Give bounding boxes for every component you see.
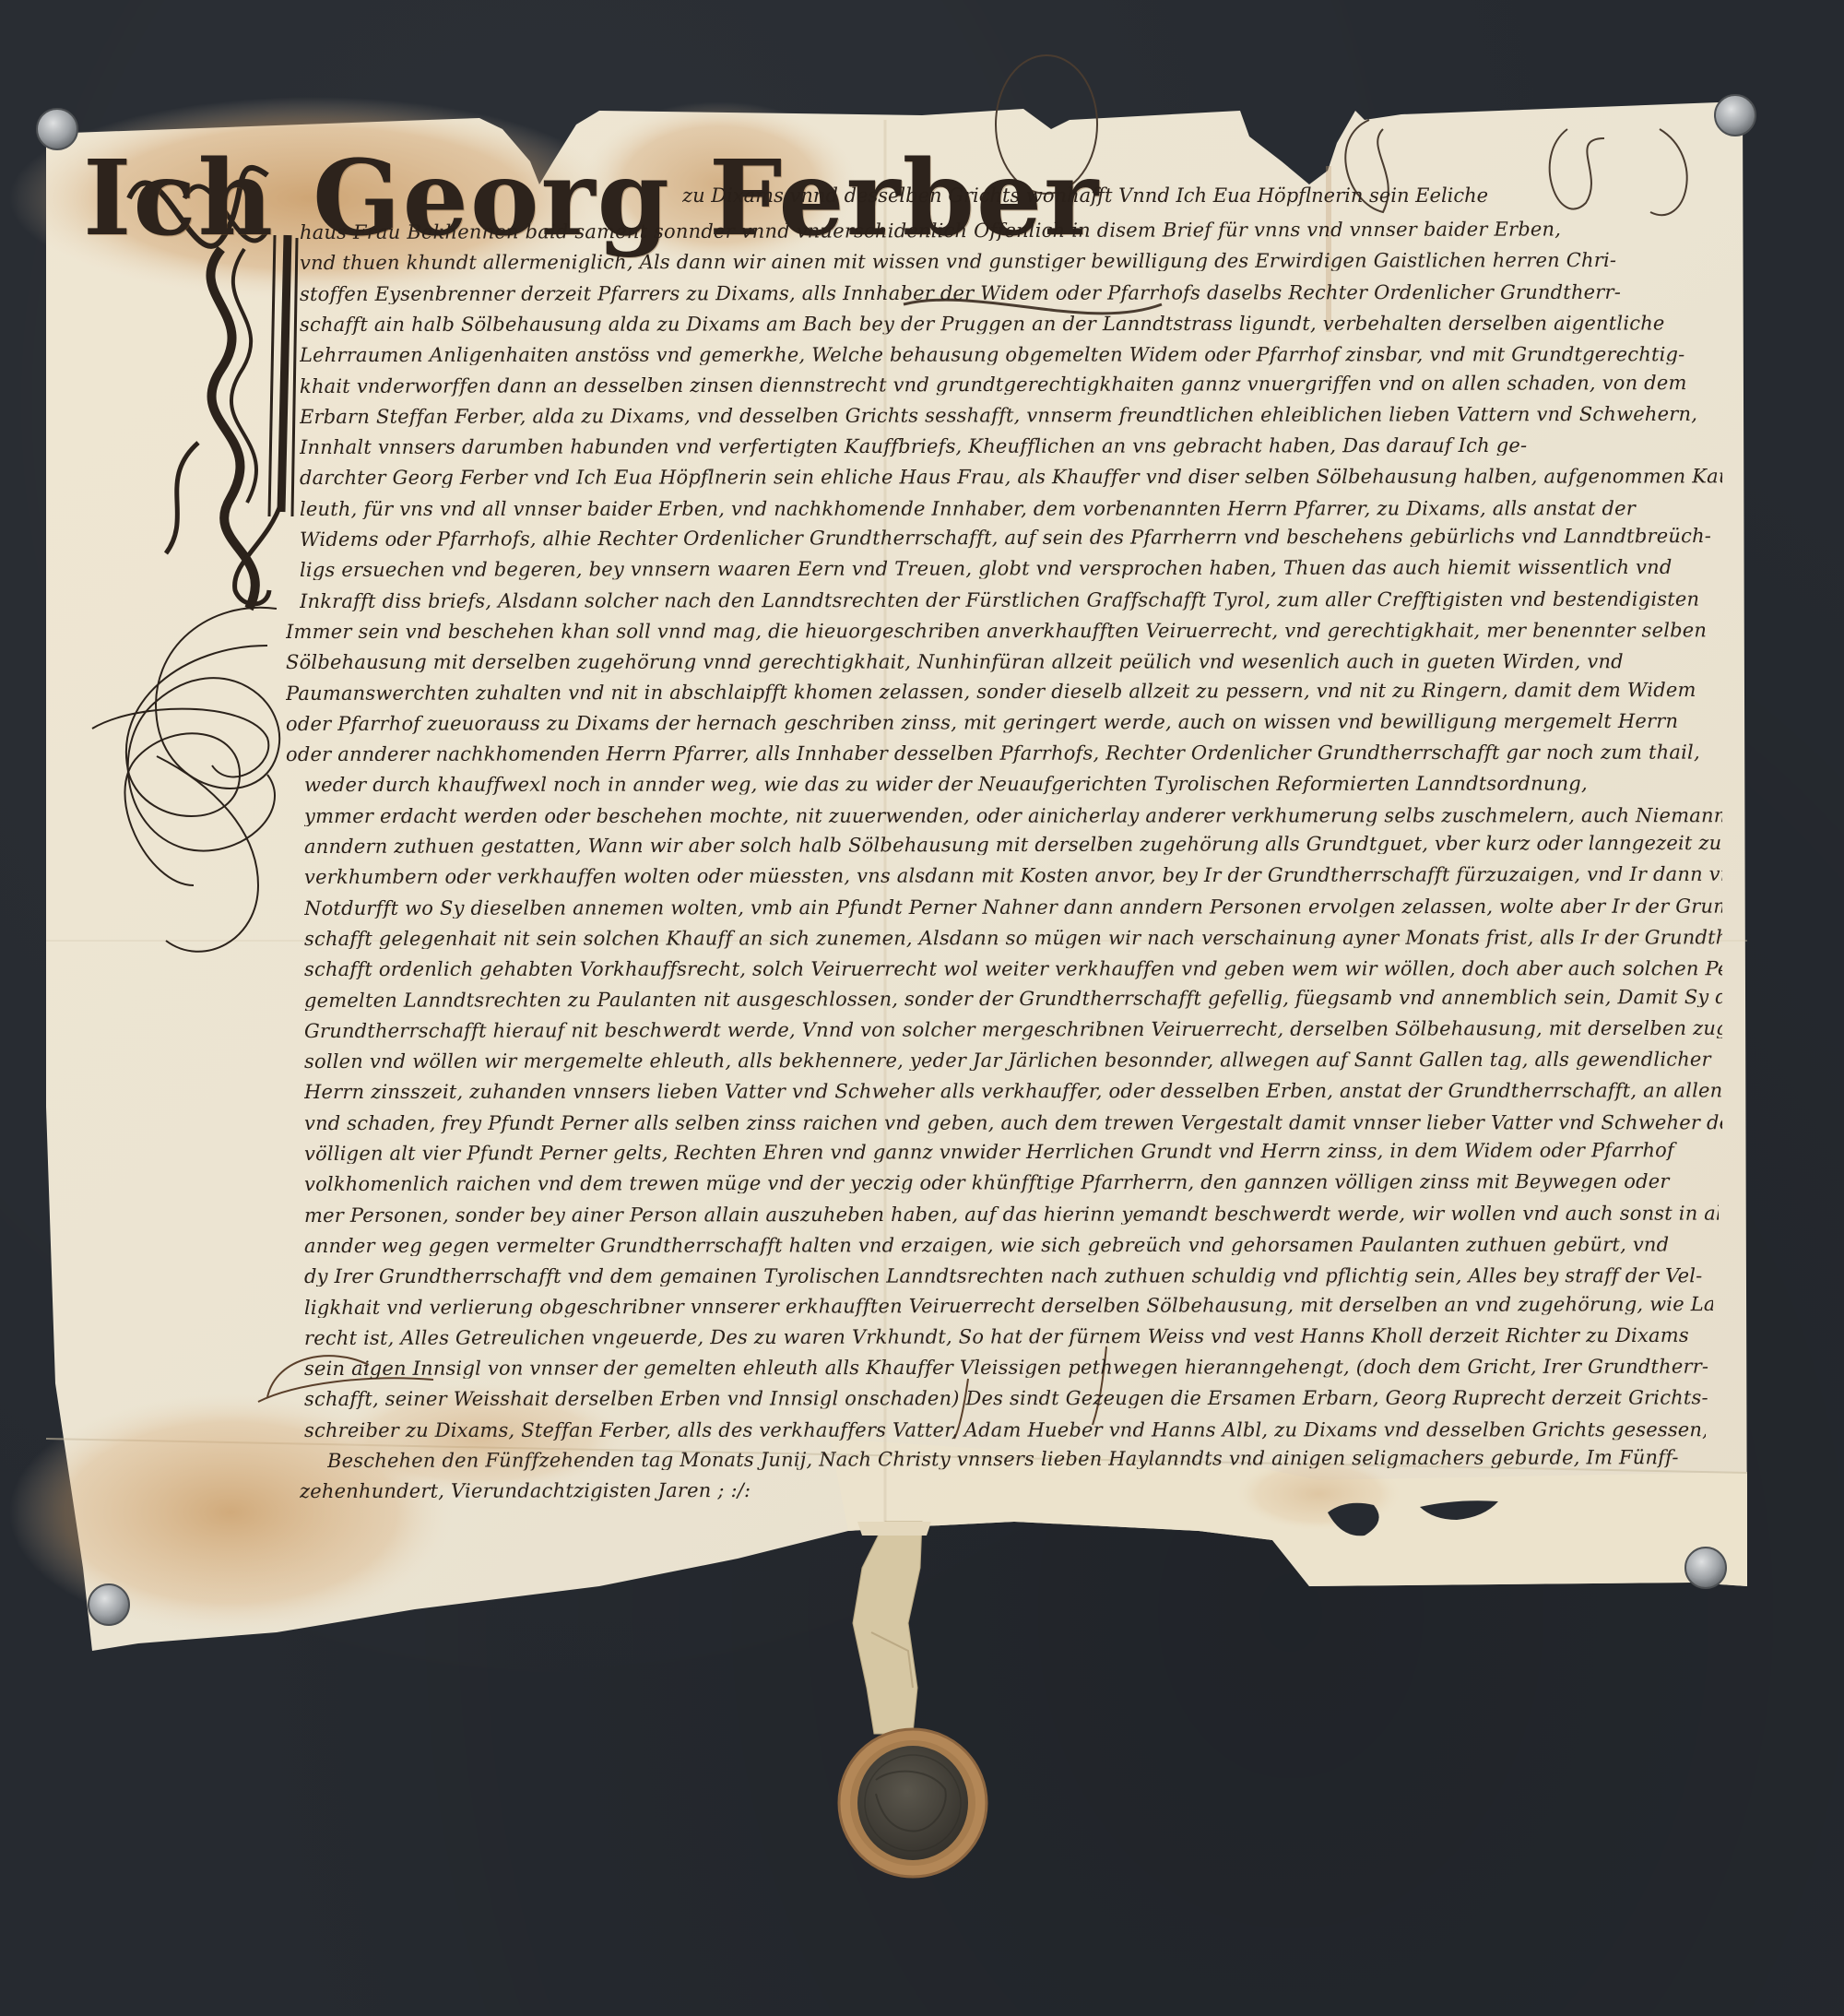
text-line: Innhalt vnnsers darumben habunden vnd ve…: [300, 436, 1722, 457]
text-line: Immer sein vnd beschehen khan soll vnnd …: [286, 621, 1722, 642]
text-line: schafft gelegenhait nit sein solchen Kha…: [304, 928, 1722, 949]
text-line: Lehrraumen Anligenhaiten anstöss vnd gem…: [300, 345, 1722, 365]
text-line: dy Irer Grundtherrschafft vnd dem gemain…: [304, 1266, 1715, 1287]
text-line: schafft ordenlich gehabten Vorkhauffsrec…: [304, 959, 1722, 979]
pin-top-left: [37, 109, 77, 149]
text-line: Grundtherrschafft hierauf nit beschwerdt…: [304, 1019, 1722, 1041]
text-line: schreiber zu Dixams, Steffan Ferber, all…: [304, 1420, 1706, 1441]
text-line: schafft ain halb Sölbehausung alda zu Di…: [300, 314, 1722, 335]
text-line: gemelten Lanndtsrechten zu Paulanten nit…: [304, 987, 1722, 1010]
pin-top-right: [1715, 95, 1755, 136]
text-line: Beschehen den Fünffzehenden tag Monats J…: [327, 1448, 1704, 1471]
seal-tag-strip: [853, 1522, 922, 1734]
text-line: zehenhundert, Vierundachtzigisten Jaren …: [300, 1481, 816, 1501]
text-line: Inkrafft diss briefs, Alsdann solcher na…: [300, 589, 1722, 611]
text-line: Notdurfft wo Sy dieselben annemen wolten…: [304, 896, 1722, 918]
text-line: oder Pfarrhof zueuorauss zu Dixams der h…: [286, 712, 1722, 734]
text-line: Erbarn Steffan Ferber, alda zu Dixams, v…: [300, 405, 1722, 427]
text-line: verkhumbern oder verkhauffen wolten oder…: [304, 865, 1722, 887]
text-line: völligen alt vier Pfundt Perner gelts, R…: [304, 1141, 1722, 1164]
text-line: anndern zuthuen gestatten, Wann wir aber…: [304, 834, 1722, 857]
text-line: ligkhait vnd verlierung obgeschribner vn…: [304, 1294, 1713, 1317]
text-line: khait vnderworffen dann an desselben zin…: [300, 373, 1722, 396]
pin-bottom-right: [1685, 1548, 1726, 1588]
text-line: Paumanswerchten zuhalten vnd nit in absc…: [286, 680, 1722, 703]
text-line: recht ist, Alles Getreulichen vngeuerde,…: [304, 1326, 1711, 1348]
text-line: leuth, für vns vnd all vnnser baider Erb…: [300, 499, 1722, 519]
text-line: vnd schaden, frey Pfundt Perner alls sel…: [304, 1113, 1722, 1133]
text-line: annder weg gegen vermelter Grundtherrsch…: [304, 1235, 1717, 1256]
text-line: schafft, seiner Weisshait derselben Erbe…: [304, 1389, 1708, 1410]
text-line: oder annderer nachkhomenden Herrn Pfarre…: [286, 743, 1722, 765]
text-line: Widems oder Pfarrhofs, alhie Rechter Ord…: [300, 527, 1722, 550]
text-line: weder durch khauffwexl noch in annder we…: [304, 775, 1722, 796]
text-line: haus Frau Bekhennen baid sament sonnder …: [300, 219, 1722, 243]
charter-heading-continuation: zu Dixams vnnd desselben Grichts wonhaff…: [682, 184, 1706, 207]
text-line: mer Personen, sonder bey ainer Person al…: [304, 1204, 1719, 1225]
text-line: sein aigen Innsigl von vnnser der gemelt…: [304, 1358, 1709, 1379]
text-line: volkhomenlich raichen vnd dem trewen müg…: [304, 1172, 1720, 1194]
wax-seal: [839, 1729, 987, 1877]
text-line: ymmer erdacht werden oder beschehen moch…: [304, 806, 1722, 826]
pin-bottom-left: [89, 1584, 129, 1625]
text-line: sollen vnd wöllen wir mergemelte ehleuth…: [304, 1050, 1722, 1072]
text-line: stoffen Eysenbrenner derzeit Pfarrers zu…: [300, 282, 1722, 303]
text-line: Sölbehausung mit derselben zugehörung vn…: [286, 652, 1722, 672]
text-line: ligs ersuechen vnd begeren, bey vnnsern …: [300, 558, 1722, 580]
text-line: vnd thuen khundt allermeniglich, Als dan…: [300, 251, 1722, 273]
text-line: darchter Georg Ferber vnd Ich Eua Höpfln…: [300, 468, 1722, 489]
text-line: Herrn zinsszeit, zuhanden vnnsers lieben…: [304, 1082, 1722, 1103]
